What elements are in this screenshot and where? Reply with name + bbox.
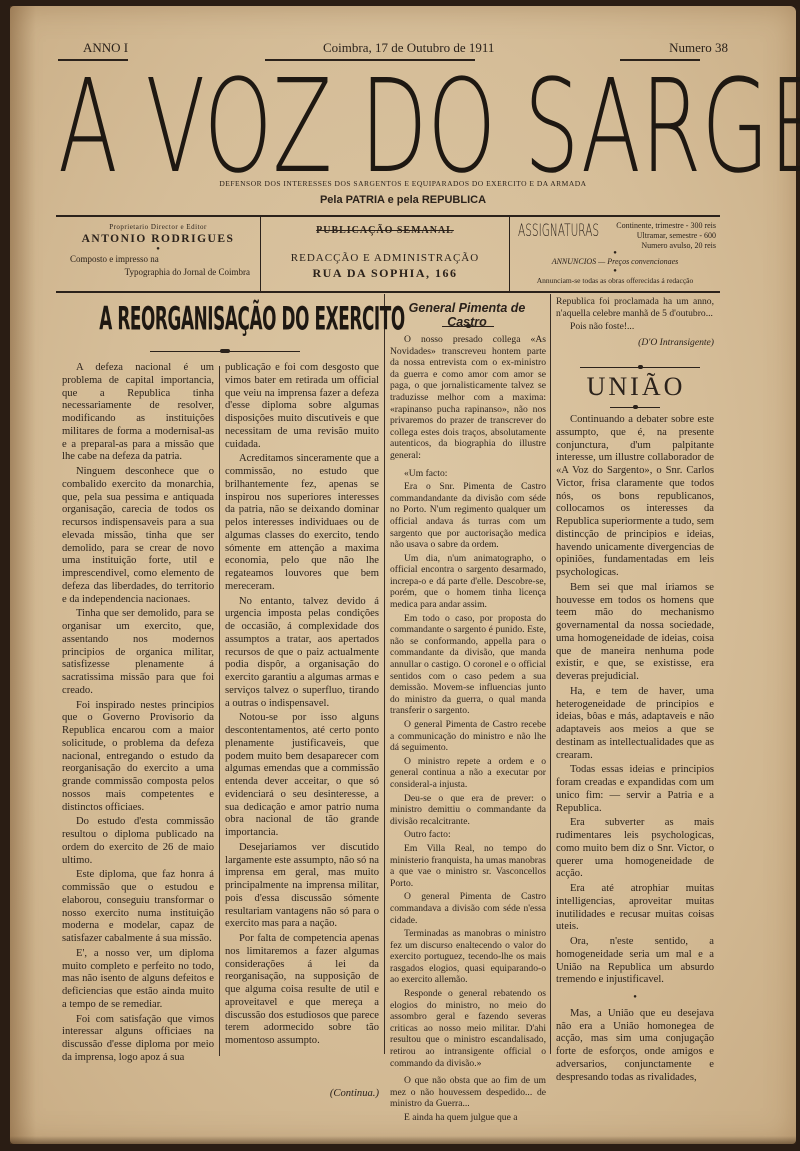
paragraph: Foi com satisfação que vimos interessar … <box>62 1014 214 1065</box>
paragraph: Ha, e tem de haver, uma heterogeneidade … <box>556 686 714 763</box>
newspaper-page: ANNO I Coimbra, 17 de Outubro de 1911 Nu… <box>10 6 796 1144</box>
publisher-cell: Proprietario Director e Editor ANTONIO R… <box>56 217 261 291</box>
subscriptions-cell: ASSIGNATURAS Continente, trimestre - 300… <box>510 217 720 291</box>
paragraph: E', a nosso ver, um diploma muito comple… <box>62 948 214 1012</box>
ornament-dot: ● <box>510 250 720 256</box>
column-rule <box>219 366 220 1056</box>
uniao-headline: UNIÃO <box>556 372 716 402</box>
paragraph: Foi inspirado nestes principios que o Go… <box>62 700 214 815</box>
paragraph: Do estudo d'esta commissão resultou o di… <box>62 816 214 867</box>
main-article-col2: publicação e foi com desgosto que vimos … <box>225 362 379 1103</box>
continued-note: (Continua.) <box>225 1088 379 1101</box>
masthead-title: A VOZ DO SARGENTO <box>58 64 718 191</box>
column-rule <box>550 294 551 1054</box>
paragraph: E ainda ha quem julgue que a <box>390 1112 546 1124</box>
paragraph: O que não obsta que ao fim de um mez o n… <box>390 1075 546 1110</box>
section-ornament <box>580 367 700 368</box>
paragraph: Continuando a debater sobre este assumpt… <box>556 414 714 580</box>
paragraph: Tinha que ser demolido, para se organisa… <box>62 608 214 697</box>
paragraph: Pois não foste!... <box>556 321 714 333</box>
printed-line-2: Typographia do Jornal de Coimbra <box>56 267 260 277</box>
paragraph: Desejariamos ver discutido largamente es… <box>225 842 379 931</box>
paragraph: O nosso presado collega «As Novidades» t… <box>390 334 546 462</box>
paragraph: Deu-se o que era de prever: o ministro d… <box>390 793 546 828</box>
paragraph: Acreditamos sinceramente que a commissão… <box>225 453 379 593</box>
paragraph: Era o Snr. Pimenta de Castro commandanda… <box>390 481 546 551</box>
address: RUA DA SOPHIA, 166 <box>261 266 509 281</box>
paragraph: O ministro repete a ordem e o general co… <box>390 756 546 791</box>
masthead-motto: Pela PATRIA e pela REPUBLICA <box>10 194 796 206</box>
owner-name: ANTONIO RODRIGUES <box>56 233 260 245</box>
page-edge <box>10 1136 796 1144</box>
price-item: Continente, trimestre - 300 reis <box>616 221 716 231</box>
main-headline: A REORGANISAÇÃO DO EXERCITO <box>99 300 349 338</box>
paragraph: «Um facto: <box>390 468 546 480</box>
paragraph: Terminadas as manobras o ministro fez um… <box>390 928 546 986</box>
paragraph: Ninguem desconhece que o combalido exerc… <box>62 466 214 606</box>
ornament-dot: ● <box>556 991 714 1004</box>
headline-ornament <box>442 326 494 327</box>
paragraph: publicação e foi com desgosto que vimos … <box>225 362 379 451</box>
general-article-continuation: Republica foi proclamada ha um anno, n'a… <box>556 296 714 350</box>
ads-label: ANNUNCIOS — Preços convencionaes <box>510 257 720 266</box>
paragraph: Outro facto: <box>390 829 546 841</box>
paragraph: No entanto, talvez devido á urgencia imp… <box>225 596 379 711</box>
paragraph: Em todo o caso, por proposta do commanda… <box>390 613 546 717</box>
price-item: Ultramar, semestre - 600 <box>616 231 716 241</box>
headline-ornament <box>150 351 300 352</box>
paragraph: Um dia, n'um animatographo, o official e… <box>390 553 546 611</box>
ads-note: Annunciam-se todas as obras offerecidas … <box>510 276 720 285</box>
column-rule <box>384 294 385 1054</box>
uniao-article: Continuando a debater sobre este assumpt… <box>556 414 714 1086</box>
paragraph: Era subverter as mais rudimentares leis … <box>556 817 714 881</box>
owner-label: Proprietario Director e Editor <box>56 223 260 231</box>
general-article: O nosso presado collega «As Novidades» t… <box>390 334 546 1126</box>
main-article-col1: A defeza nacional é um problema de capit… <box>62 362 214 1067</box>
redaccao-label: REDACÇÃO E ADMINISTRAÇÃO <box>261 252 509 264</box>
paragraph: Em Villa Real, no tempo do ministerio fr… <box>390 843 546 889</box>
paragraph: Por falta de competencia apenas nos limi… <box>225 933 379 1048</box>
printed-line-1: Composto e impresso na <box>56 254 260 264</box>
masthead-tagline: DEFENSOR DOS INTERESSES DOS SARGENTOS E … <box>10 179 796 188</box>
source-credit: (D'O Intransigente) <box>556 337 714 349</box>
paragraph: A defeza nacional é um problema de capit… <box>62 362 214 464</box>
publication-frequency: PUBLICAÇÃO SEMANAL <box>261 225 509 236</box>
paragraph: Este diploma, que faz honra á commissão … <box>62 869 214 946</box>
price-list: Continente, trimestre - 300 reis Ultrama… <box>616 221 716 251</box>
subscriptions-title: ASSIGNATURAS <box>518 221 599 241</box>
headline-ornament <box>610 407 660 408</box>
paragraph: Bem sei que mal iriamos se houvesse em t… <box>556 582 714 684</box>
paragraph: Mas, a União que eu desejava não era a U… <box>556 1008 714 1085</box>
ornament-dot: ● <box>56 245 260 253</box>
paragraph: Era até atrophiar muitas intelligencias,… <box>556 883 714 934</box>
administration-cell: PUBLICAÇÃO SEMANAL REDACÇÃO E ADMINISTRA… <box>261 217 510 291</box>
paragraph: O general Pimenta de Castro commandava a… <box>390 891 546 926</box>
paragraph: Ora, n'este sentido, a homogeneidade ser… <box>556 936 714 987</box>
paragraph: Republica foi proclamada ha um anno, n'a… <box>556 296 714 319</box>
ornament-dot: ● <box>510 268 720 274</box>
paragraph: Responde o general rebatendo os elogios … <box>390 988 546 1069</box>
paragraph: O general Pimenta de Castro recebe a com… <box>390 719 546 754</box>
info-box: Proprietario Director e Editor ANTONIO R… <box>56 215 720 293</box>
paragraph: Todas essas ideias e principios foram cr… <box>556 764 714 815</box>
paragraph: Notou-se por isso alguns descontentament… <box>225 712 379 840</box>
